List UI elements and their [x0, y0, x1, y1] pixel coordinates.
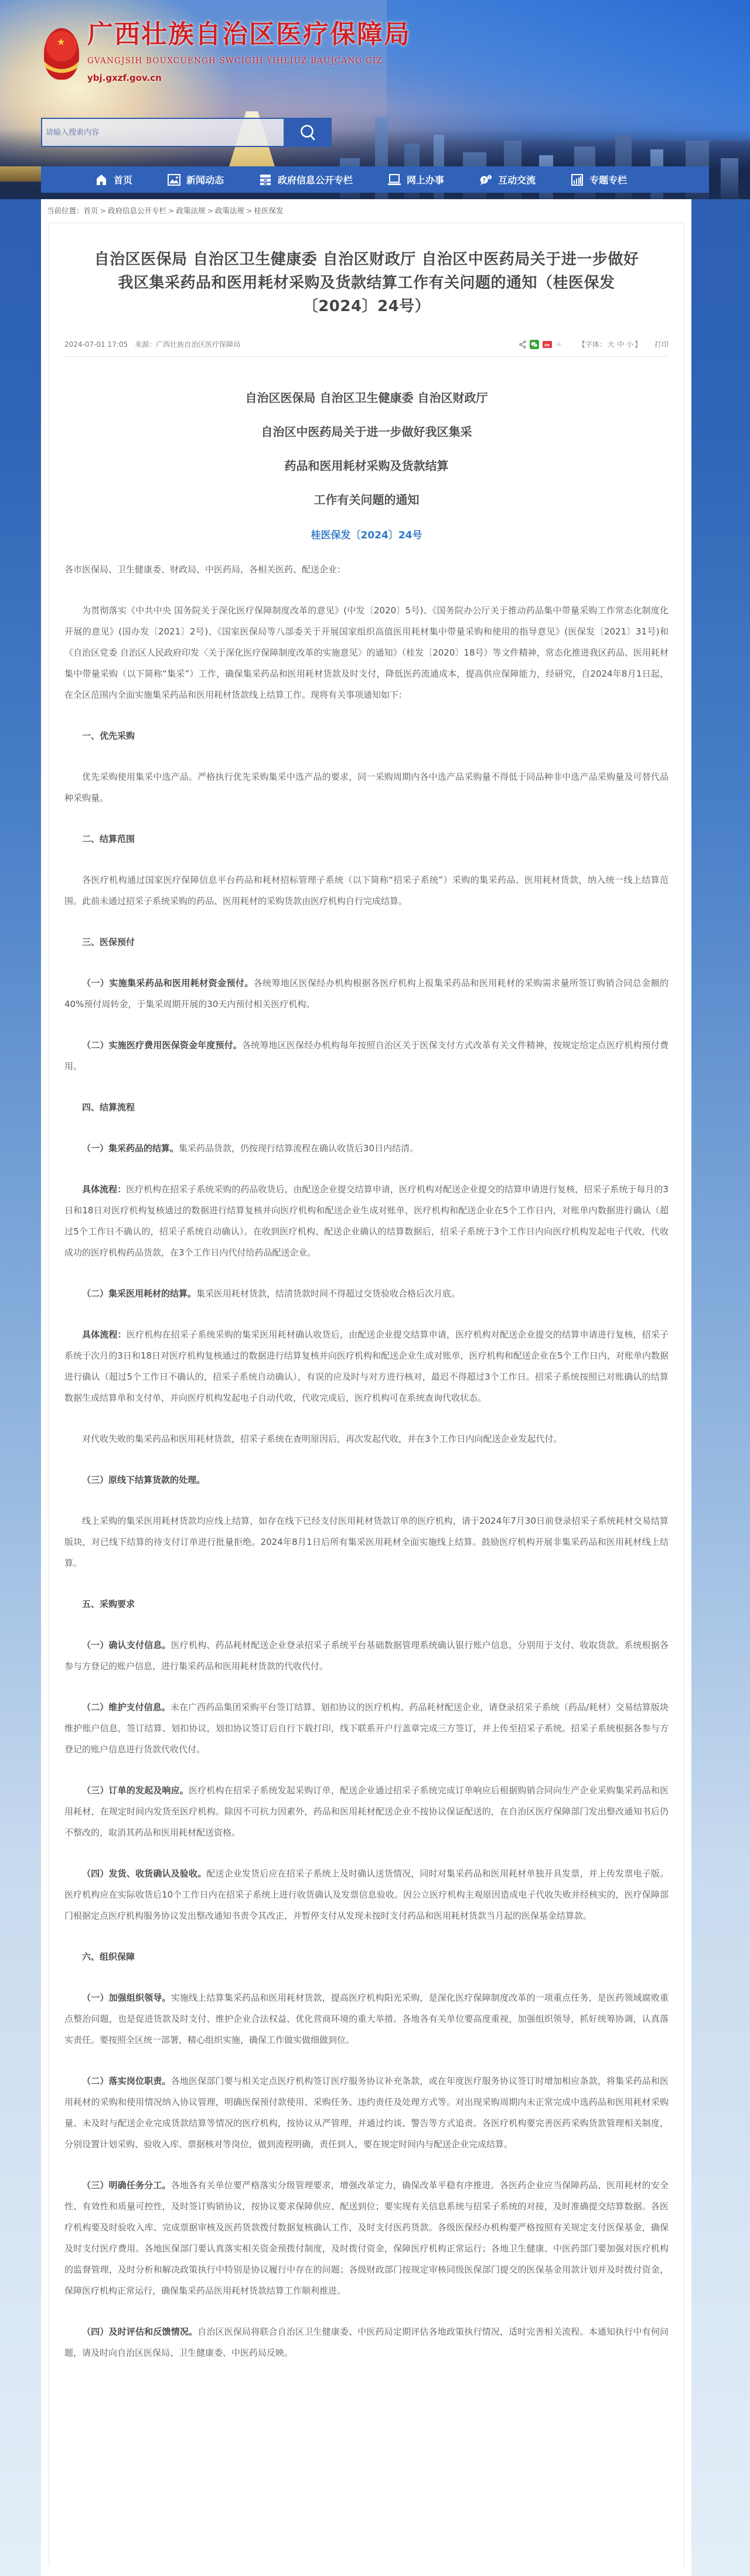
document-heading-line: 药品和医用耗材采购及货款结算 [64, 459, 669, 473]
article-title: 自治区医保局 自治区卫生健康委 自治区财政厅 自治区中医药局关于进一步做好我区集… [64, 223, 669, 318]
font-size-bracket: 】 [635, 340, 642, 349]
site-name: 广西壮族自治区医疗保障局 [87, 18, 411, 52]
search-button[interactable] [284, 118, 332, 147]
plus-icon[interactable] [555, 341, 562, 347]
paragraph: （四）发货、收货确认及验收。配送企业发货后应在招采子系统上及时确认送货情况，同时… [64, 1863, 669, 1926]
paragraph: （三）订单的发起及响应。医疗机构在招采子系统发起采购订单，配送企业通过招采子系统… [64, 1780, 669, 1843]
paragraph: （二）实施医疗费用医保资金年度预付。各统筹地区医保经办机构每年按照自治区关于医保… [64, 1035, 669, 1077]
section-heading: 一、优先采购 [64, 725, 669, 746]
paragraph: （二）维护支付信息。未在广西药品集团采购平台签订结算、划扣协议的医疗机构、药品耗… [64, 1697, 669, 1760]
section-heading: 五、采购要求 [64, 1594, 669, 1615]
search-bar [41, 118, 332, 147]
nav-label: 政府信息公开专栏 [278, 173, 353, 186]
flow-label: 具体流程： [82, 1329, 127, 1340]
nav-label: 互动交流 [498, 173, 536, 186]
item-title: （二）落实岗位职责。 [82, 2076, 171, 2086]
nav-item-news[interactable]: 新闻动态 [168, 173, 224, 186]
document-heading: 自治区医保局 自治区卫生健康委 自治区财政厅 自治区中医药局关于进一步做好我区集… [64, 391, 669, 507]
article-meta: 2024-07-01 17:05 来源：广西壮族自治区医疗保障局 sa 【字体：… [64, 332, 669, 357]
nav-item-home[interactable]: 首页 [95, 173, 132, 186]
paragraph: 对代收失败的集采药品和医用耗材货款，招采子系统在查明原因后，再次发起代收，并在3… [64, 1428, 669, 1449]
site-logo[interactable]: 广西壮族自治区医疗保障局 GVANGJSIH BOUXCUENGH SWCIGI… [44, 18, 411, 83]
item-title: （二）维护支付信息。 [82, 1702, 171, 1712]
svg-text:sa: sa [544, 343, 550, 347]
nav-item-special-topics[interactable]: 专题专栏 [571, 173, 627, 186]
national-emblem-icon [44, 28, 79, 80]
document-heading-line: 自治区中医药局关于进一步做好我区集采 [64, 425, 669, 439]
item-title: （四）发货、收货确认及验收。 [82, 1868, 206, 1879]
nav-item-interaction[interactable]: ?! 互动交流 [479, 173, 536, 186]
archive-icon [259, 173, 272, 186]
breadcrumb-prefix: 当前位置： [47, 206, 84, 215]
bar-chart-icon [571, 173, 584, 186]
item-title: （三）原线下结算货款的处理。 [82, 1475, 205, 1485]
item-title: （一）加强组织领导。 [82, 1992, 171, 2003]
laptop-icon [388, 173, 401, 186]
paragraph: 具体流程：医疗机构在招采子系统采购的集采医用耗材确认收货后，由配送企业提交结算申… [64, 1324, 669, 1408]
home-icon [95, 173, 108, 186]
header-banner: 广西壮族自治区医疗保障局 GVANGJSIH BOUXCUENGH SWCIGI… [0, 0, 750, 199]
item-title: （二）实施医疗费用医保资金年度预付。 [82, 1040, 242, 1050]
main-container: 当前位置：首页>政府信息公开专栏>政策法规>政策法规>桂医保发 自治区医保局 自… [41, 199, 691, 2576]
svg-text:!: ! [489, 175, 490, 180]
banner-sky [387, 0, 750, 141]
chat-bubble-icon: ?! [479, 173, 492, 186]
svg-text:?: ? [483, 177, 486, 183]
nav-item-gov-info[interactable]: 政府信息公开专栏 [259, 173, 353, 186]
item-title: （一）实施集采药品和医用耗材资金预付。 [82, 978, 254, 988]
paragraph: （三）原线下结算货款的处理。 [64, 1469, 669, 1490]
font-size-large[interactable]: 大 [608, 340, 615, 349]
section-heading: 三、医保预付 [64, 932, 669, 953]
main-nav: 首页 新闻动态 政府信息公开专栏 网上办事 ?! 互动交流 [41, 166, 709, 193]
paragraph: 线上采购的集采医用耗材货款均应线上结算，如存在线下已经支付医用耗材货款订单的医疗… [64, 1510, 669, 1574]
breadcrumb-item-guiyibaofa[interactable]: 桂医保发 [254, 206, 284, 215]
breadcrumb-item-policy-sub[interactable]: 政策法规 [215, 206, 244, 215]
article-body: 各市医保局、卫生健康委、财政局、中医药局，各相关医药、配送企业： 为贯彻落实《中… [64, 559, 669, 2363]
paragraph: （二）集采医用耗材的结算。集采医用耗材货款，结清货款时间不得超过交货验收合格后次… [64, 1283, 669, 1304]
breadcrumb-separator: > [207, 206, 213, 215]
share-icon[interactable] [519, 340, 526, 349]
breadcrumb-separator: > [168, 206, 174, 215]
font-size-small[interactable]: 小 [626, 340, 633, 349]
paragraph: （四）及时评估和反馈情况。自治区医保局将联合自治区卫生健康委、中医药局定期评估各… [64, 2321, 669, 2363]
site-name-english: GVANGJSIH BOUXCUENGH SWCIGIH YIHLIUZ BAU… [87, 56, 411, 66]
site-url: ybj.gxzf.gov.cn [87, 73, 411, 83]
paragraph: 各医疗机构通过国家医疗保障信息平台药品和耗材招标管理子系统（以下简称“招采子系统… [64, 869, 669, 912]
share-bar: sa [519, 340, 565, 349]
paragraph: 具体流程：医疗机构在招采子系统采购的药品收货后，由配送企业提交结算申请，医疗机构… [64, 1179, 669, 1263]
wechat-icon[interactable] [530, 340, 539, 349]
publish-date: 2024-07-01 17:05 [64, 340, 128, 349]
breadcrumb-separator: > [246, 206, 252, 215]
item-title: （一）确认支付信息。 [82, 1640, 171, 1650]
print-link[interactable]: 打印 [654, 339, 669, 349]
item-title: （一）集采药品的结算。 [82, 1143, 179, 1154]
breadcrumb-item-home[interactable]: 首页 [84, 206, 98, 215]
section-heading: 二、结算范围 [64, 828, 669, 849]
breadcrumb-item-gov-info[interactable]: 政府信息公开专栏 [108, 206, 166, 215]
nav-label: 首页 [114, 173, 132, 186]
search-icon [300, 124, 315, 141]
section-heading: 六、组织保障 [64, 1946, 669, 1967]
nav-item-online-service[interactable]: 网上办事 [388, 173, 444, 186]
item-title: （三）明确任务分工。 [82, 2180, 171, 2191]
nav-label: 专题专栏 [589, 173, 627, 186]
intro-paragraph: 为贯彻落实《中共中央 国务院关于深化医疗保障制度改革的意见》(中发〔2020〕5… [64, 600, 669, 705]
search-input[interactable] [41, 118, 284, 147]
paragraph: （一）确认支付信息。医疗机构、药品耗材配送企业登录招采子系统平台基础数据管理系统… [64, 1635, 669, 1677]
document-heading-line: 自治区医保局 自治区卫生健康委 自治区财政厅 [64, 391, 669, 405]
document-number: 桂医保发〔2024〕24号 [64, 527, 669, 541]
paragraph: 优先采购使用集采中选产品。严格执行优先采购集采中选产品的要求，同一采购周期内各中… [64, 766, 669, 808]
article: 自治区医保局 自治区卫生健康委 自治区财政厅 自治区中医药局关于进一步做好我区集… [49, 223, 684, 2566]
nav-label: 网上办事 [407, 173, 444, 186]
addressee: 各市医保局、卫生健康委、财政局、中医药局，各相关医药、配送企业： [64, 559, 669, 580]
nav-label: 新闻动态 [186, 173, 224, 186]
paragraph: （三）明确任务分工。各地各有关单位要严格落实分级管理要求，增强改革定力，确保改革… [64, 2175, 669, 2301]
paragraph: （一）集采药品的结算。集采药品货款，仍按现行结算流程在确认收货后30日内结清。 [64, 1138, 669, 1159]
section-heading: 四、结算流程 [64, 1097, 669, 1118]
breadcrumb-separator: > [100, 206, 106, 215]
flow-label: 具体流程： [82, 1184, 126, 1195]
article-source: 来源：广西壮族自治区医疗保障局 [135, 339, 240, 349]
document-heading-line: 工作有关问题的通知 [64, 493, 669, 507]
weibo-icon[interactable]: sa [543, 341, 552, 348]
item-title: （二）集采医用耗材的结算。 [82, 1288, 196, 1299]
paragraph: （一）实施集采药品和医用耗材资金预付。各统筹地区医保经办机构根据各医疗机构上报集… [64, 973, 669, 1015]
paragraph: （一）加强组织领导。实施线上结算集采药品和医用耗材货款，提高医疗机构阳光采购，是… [64, 1987, 669, 2050]
font-size-medium[interactable]: 中 [617, 340, 624, 349]
font-size-label: 【字体： [578, 340, 606, 349]
font-size-switcher: 【字体：大中小】 [578, 339, 642, 349]
breadcrumb-item-policy[interactable]: 政策法规 [176, 206, 206, 215]
image-icon [168, 173, 180, 186]
item-title: （三）订单的发起及响应。 [82, 1785, 189, 1796]
paragraph: （二）落实岗位职责。各地医保部门要与相关定点医疗机构签订医疗服务协议补充条款，或… [64, 2070, 669, 2155]
item-title: （四）及时评估和反馈情况。 [82, 2326, 197, 2337]
breadcrumb: 当前位置：首页>政府信息公开专栏>政策法规>政策法规>桂医保发 [41, 199, 691, 223]
